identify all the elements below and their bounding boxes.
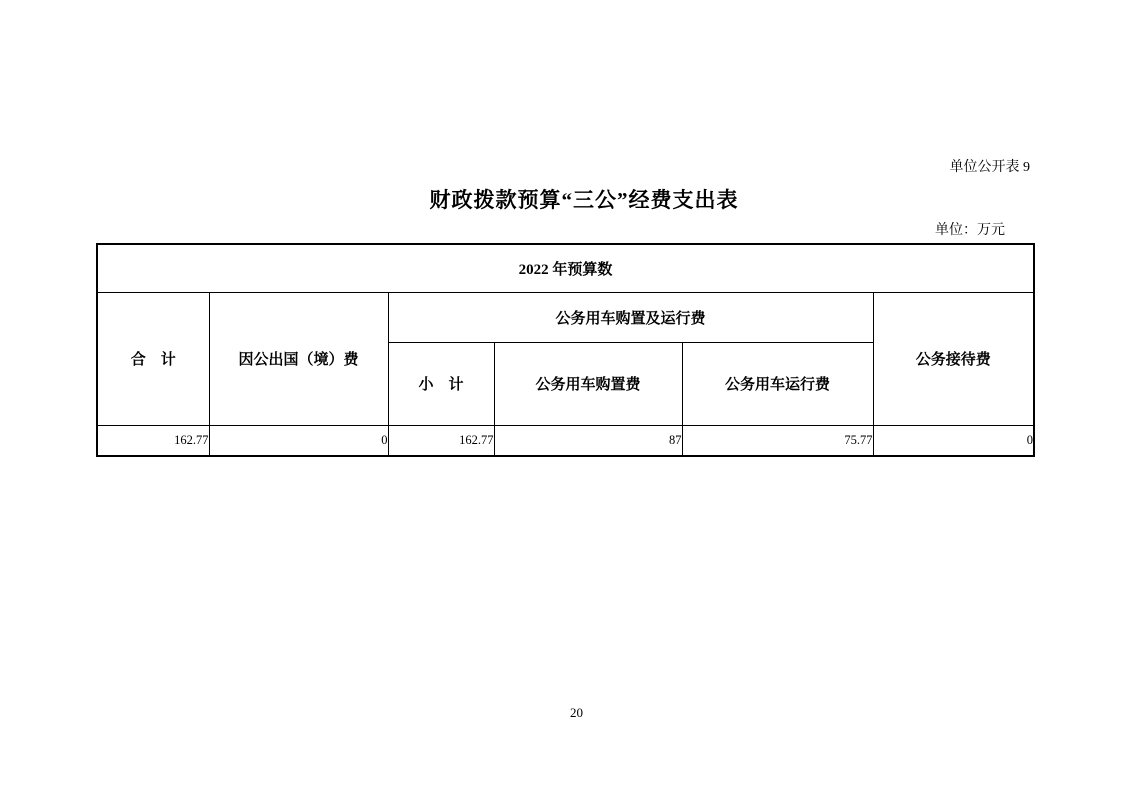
value-reception-fee: 0 <box>873 425 1034 456</box>
year-header-row: 2022 年预算数 <box>97 244 1034 292</box>
header-vehicle-group: 公务用车购置及运行费 <box>388 292 873 342</box>
document-page: 单位公开表 9 财政拨款预算“三公”经费支出表 单位：万元 2022 年预算数 … <box>0 0 1123 794</box>
table-tag-label: 单位公开表 9 <box>950 156 1031 176</box>
budget-table: 2022 年预算数 合 计 因公出国（境）费 公务用车购置及运行费 公务接待费 … <box>96 243 1035 457</box>
header-total: 合 计 <box>97 292 209 425</box>
header-reception-fee: 公务接待费 <box>873 292 1034 425</box>
header-vehicle-subtotal: 小 计 <box>388 342 494 425</box>
page-title: 财政拨款预算“三公”经费支出表 <box>0 184 1123 214</box>
table-row: 162.77 0 162.77 87 75.77 0 <box>97 425 1034 456</box>
year-header-cell: 2022 年预算数 <box>97 244 1034 292</box>
value-vehicle-purchase-fee: 87 <box>494 425 682 456</box>
unit-note: 单位：万元 <box>935 219 1005 239</box>
value-vehicle-operation-fee: 75.77 <box>682 425 873 456</box>
page-number: 20 <box>0 705 1123 721</box>
value-vehicle-subtotal: 162.77 <box>388 425 494 456</box>
header-row-group: 合 计 因公出国（境）费 公务用车购置及运行费 公务接待费 <box>97 292 1034 342</box>
header-abroad-fee: 因公出国（境）费 <box>209 292 388 425</box>
value-abroad-fee: 0 <box>209 425 388 456</box>
value-total: 162.77 <box>97 425 209 456</box>
header-vehicle-purchase-fee: 公务用车购置费 <box>494 342 682 425</box>
header-vehicle-operation-fee: 公务用车运行费 <box>682 342 873 425</box>
